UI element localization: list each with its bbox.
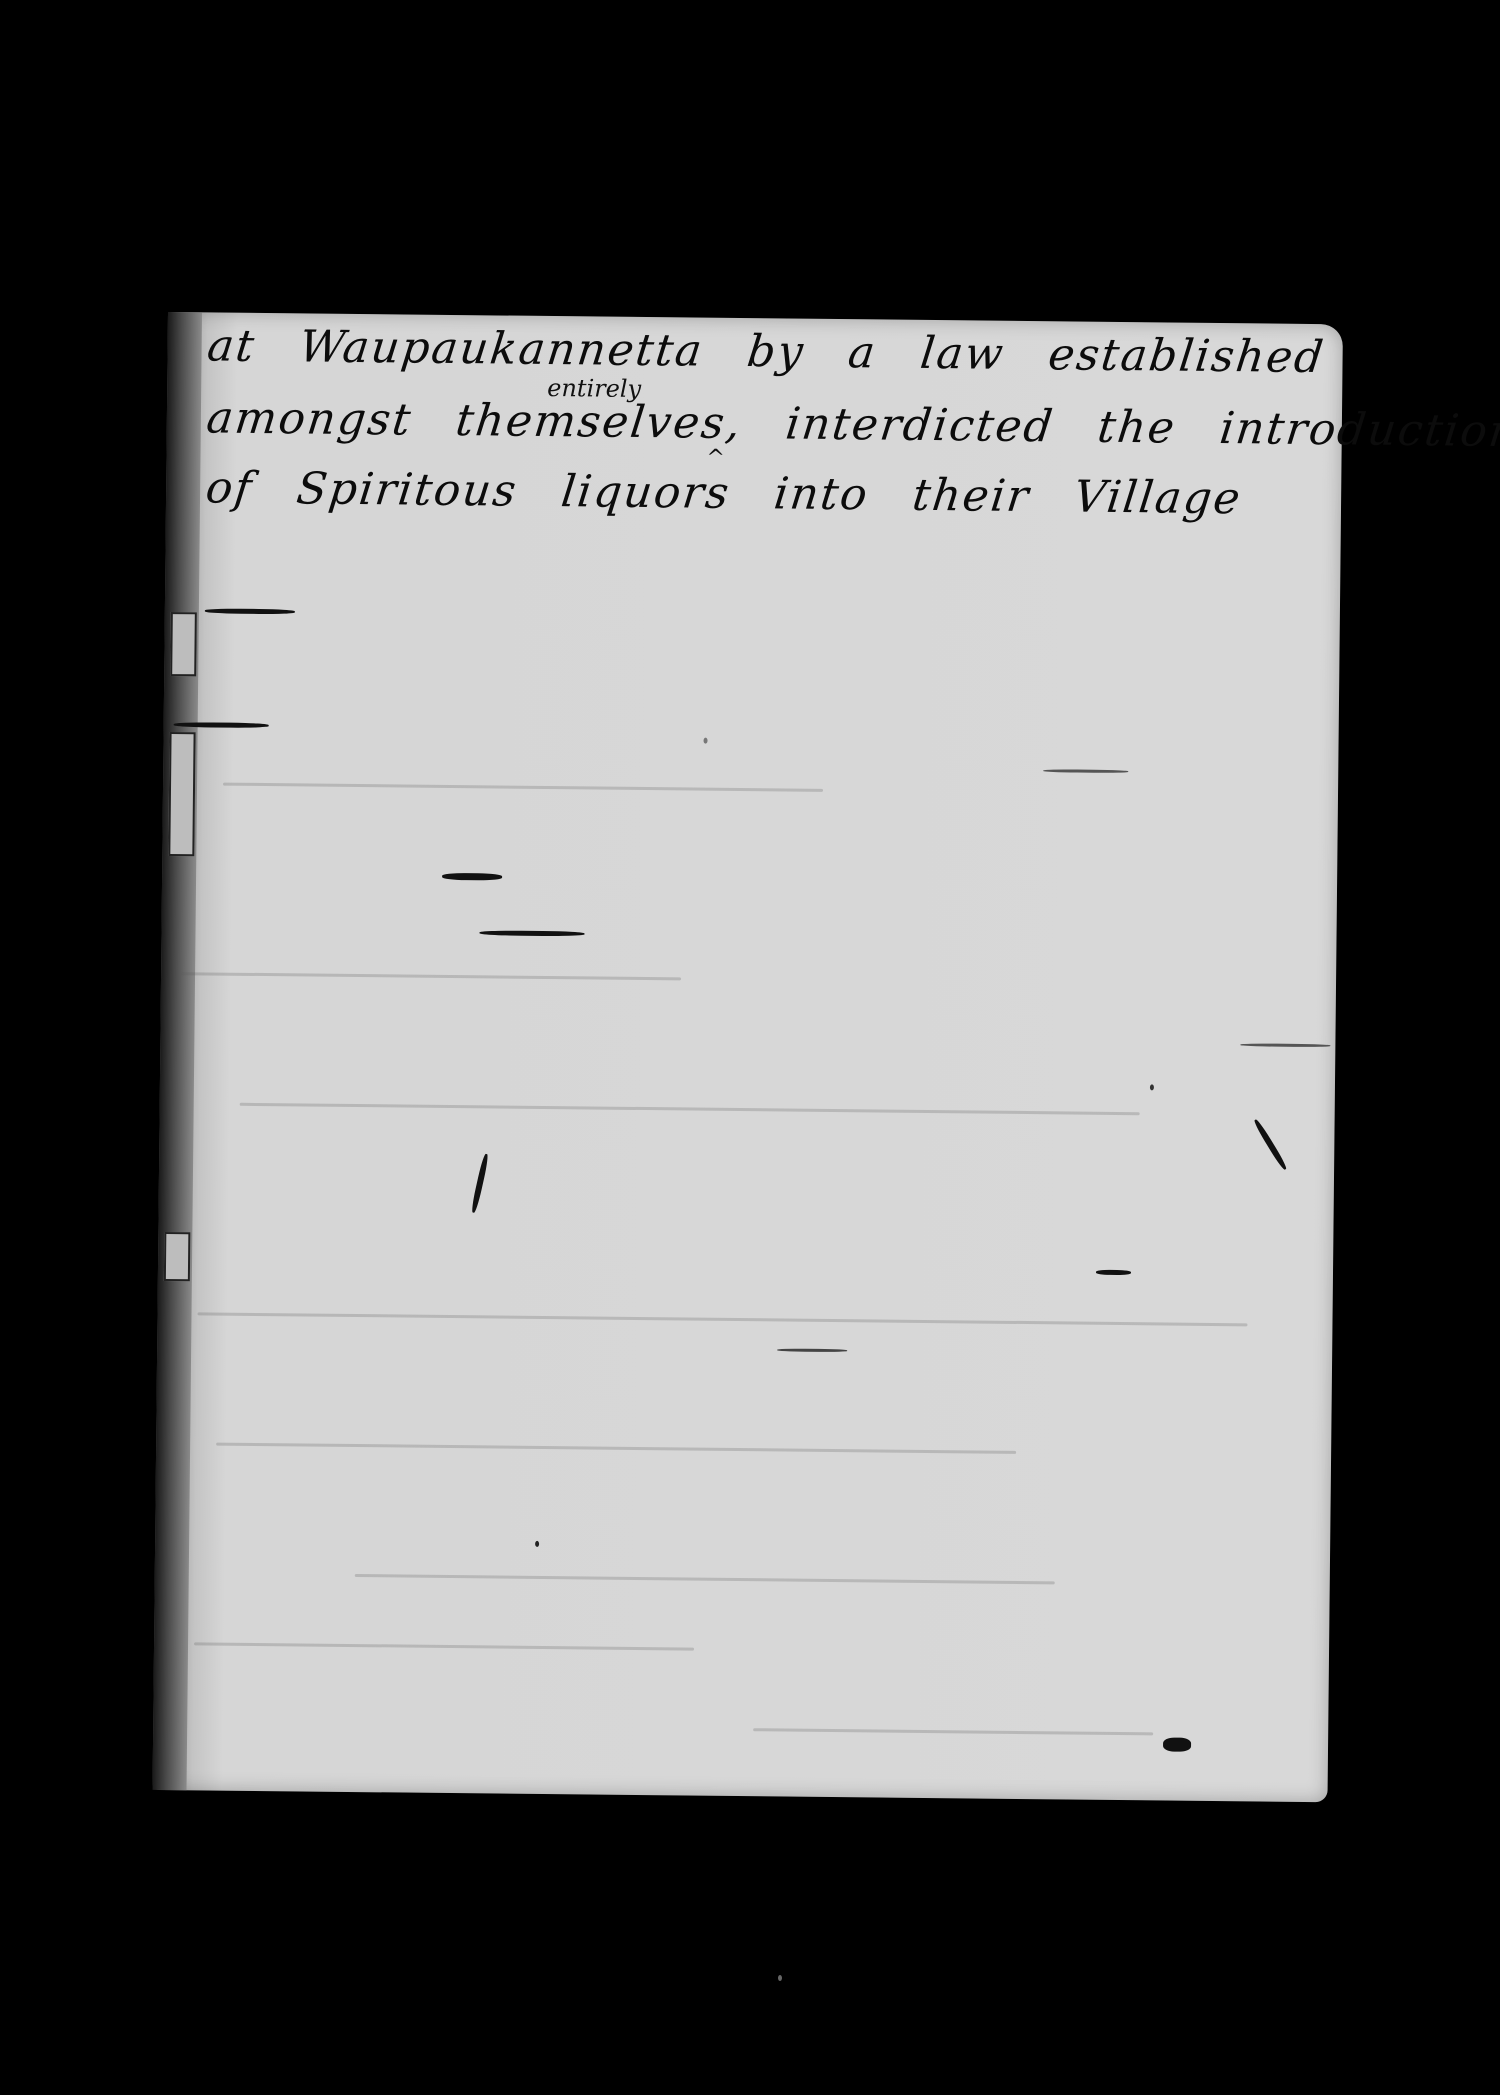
text-line-2: amongst themselves, interdicted the intr… <box>204 392 1500 457</box>
word: by <box>745 326 808 378</box>
bleed-through <box>753 1728 1153 1735</box>
word: liquors <box>559 466 734 519</box>
manuscript-page: at Waupaukannetta by a law established e… <box>153 312 1343 1802</box>
word: Spiritous <box>294 463 520 516</box>
bleed-through <box>181 972 681 980</box>
ink-dash <box>777 1348 847 1352</box>
word: law <box>918 328 1008 380</box>
binding-tab <box>168 732 195 856</box>
bleed-through <box>240 1103 1140 1115</box>
binding-tab <box>170 612 197 676</box>
ink-dash <box>479 930 584 936</box>
bleed-through <box>194 1642 694 1650</box>
word: amongst <box>204 392 415 445</box>
scan-artifact <box>778 1975 782 1981</box>
word: introduction <box>1217 403 1500 457</box>
ink-dash <box>442 873 502 881</box>
word: their <box>910 470 1033 522</box>
bleed-through <box>223 783 823 792</box>
word: at <box>205 320 259 371</box>
word: a <box>846 327 880 378</box>
ink-blot <box>1163 1737 1191 1751</box>
word: Village <box>1071 472 1245 525</box>
ink-dash <box>1043 769 1128 773</box>
stray-mark <box>535 1541 539 1547</box>
handwritten-text: at Waupaukannetta by a law established e… <box>208 312 1328 324</box>
ink-dash <box>1240 1043 1330 1047</box>
stray-mark <box>1150 1084 1154 1090</box>
bleed-through <box>216 1443 1016 1454</box>
word: themselves, <box>453 395 745 449</box>
scan-background: at Waupaukannetta by a law established e… <box>0 0 1500 2095</box>
ink-dash <box>1096 1270 1131 1275</box>
bleed-through <box>197 1312 1247 1326</box>
word: into <box>771 468 871 520</box>
word: of <box>203 462 256 513</box>
page-binding-edge <box>153 312 202 1790</box>
bleed-through <box>355 1574 1055 1584</box>
binding-tab <box>164 1232 191 1281</box>
word: the <box>1095 402 1179 454</box>
ink-stroke <box>1253 1118 1288 1171</box>
text-line-3: of Spiritous liquors into their Village <box>203 462 1272 524</box>
ink-dash <box>205 608 295 614</box>
text-line-1: at Waupaukannetta by a law established <box>205 320 1356 383</box>
word: interdicted <box>783 399 1057 453</box>
word: Waupaukannetta <box>297 321 707 376</box>
word: established <box>1046 329 1328 383</box>
stray-mark <box>704 738 708 744</box>
ink-stroke <box>470 1153 489 1213</box>
